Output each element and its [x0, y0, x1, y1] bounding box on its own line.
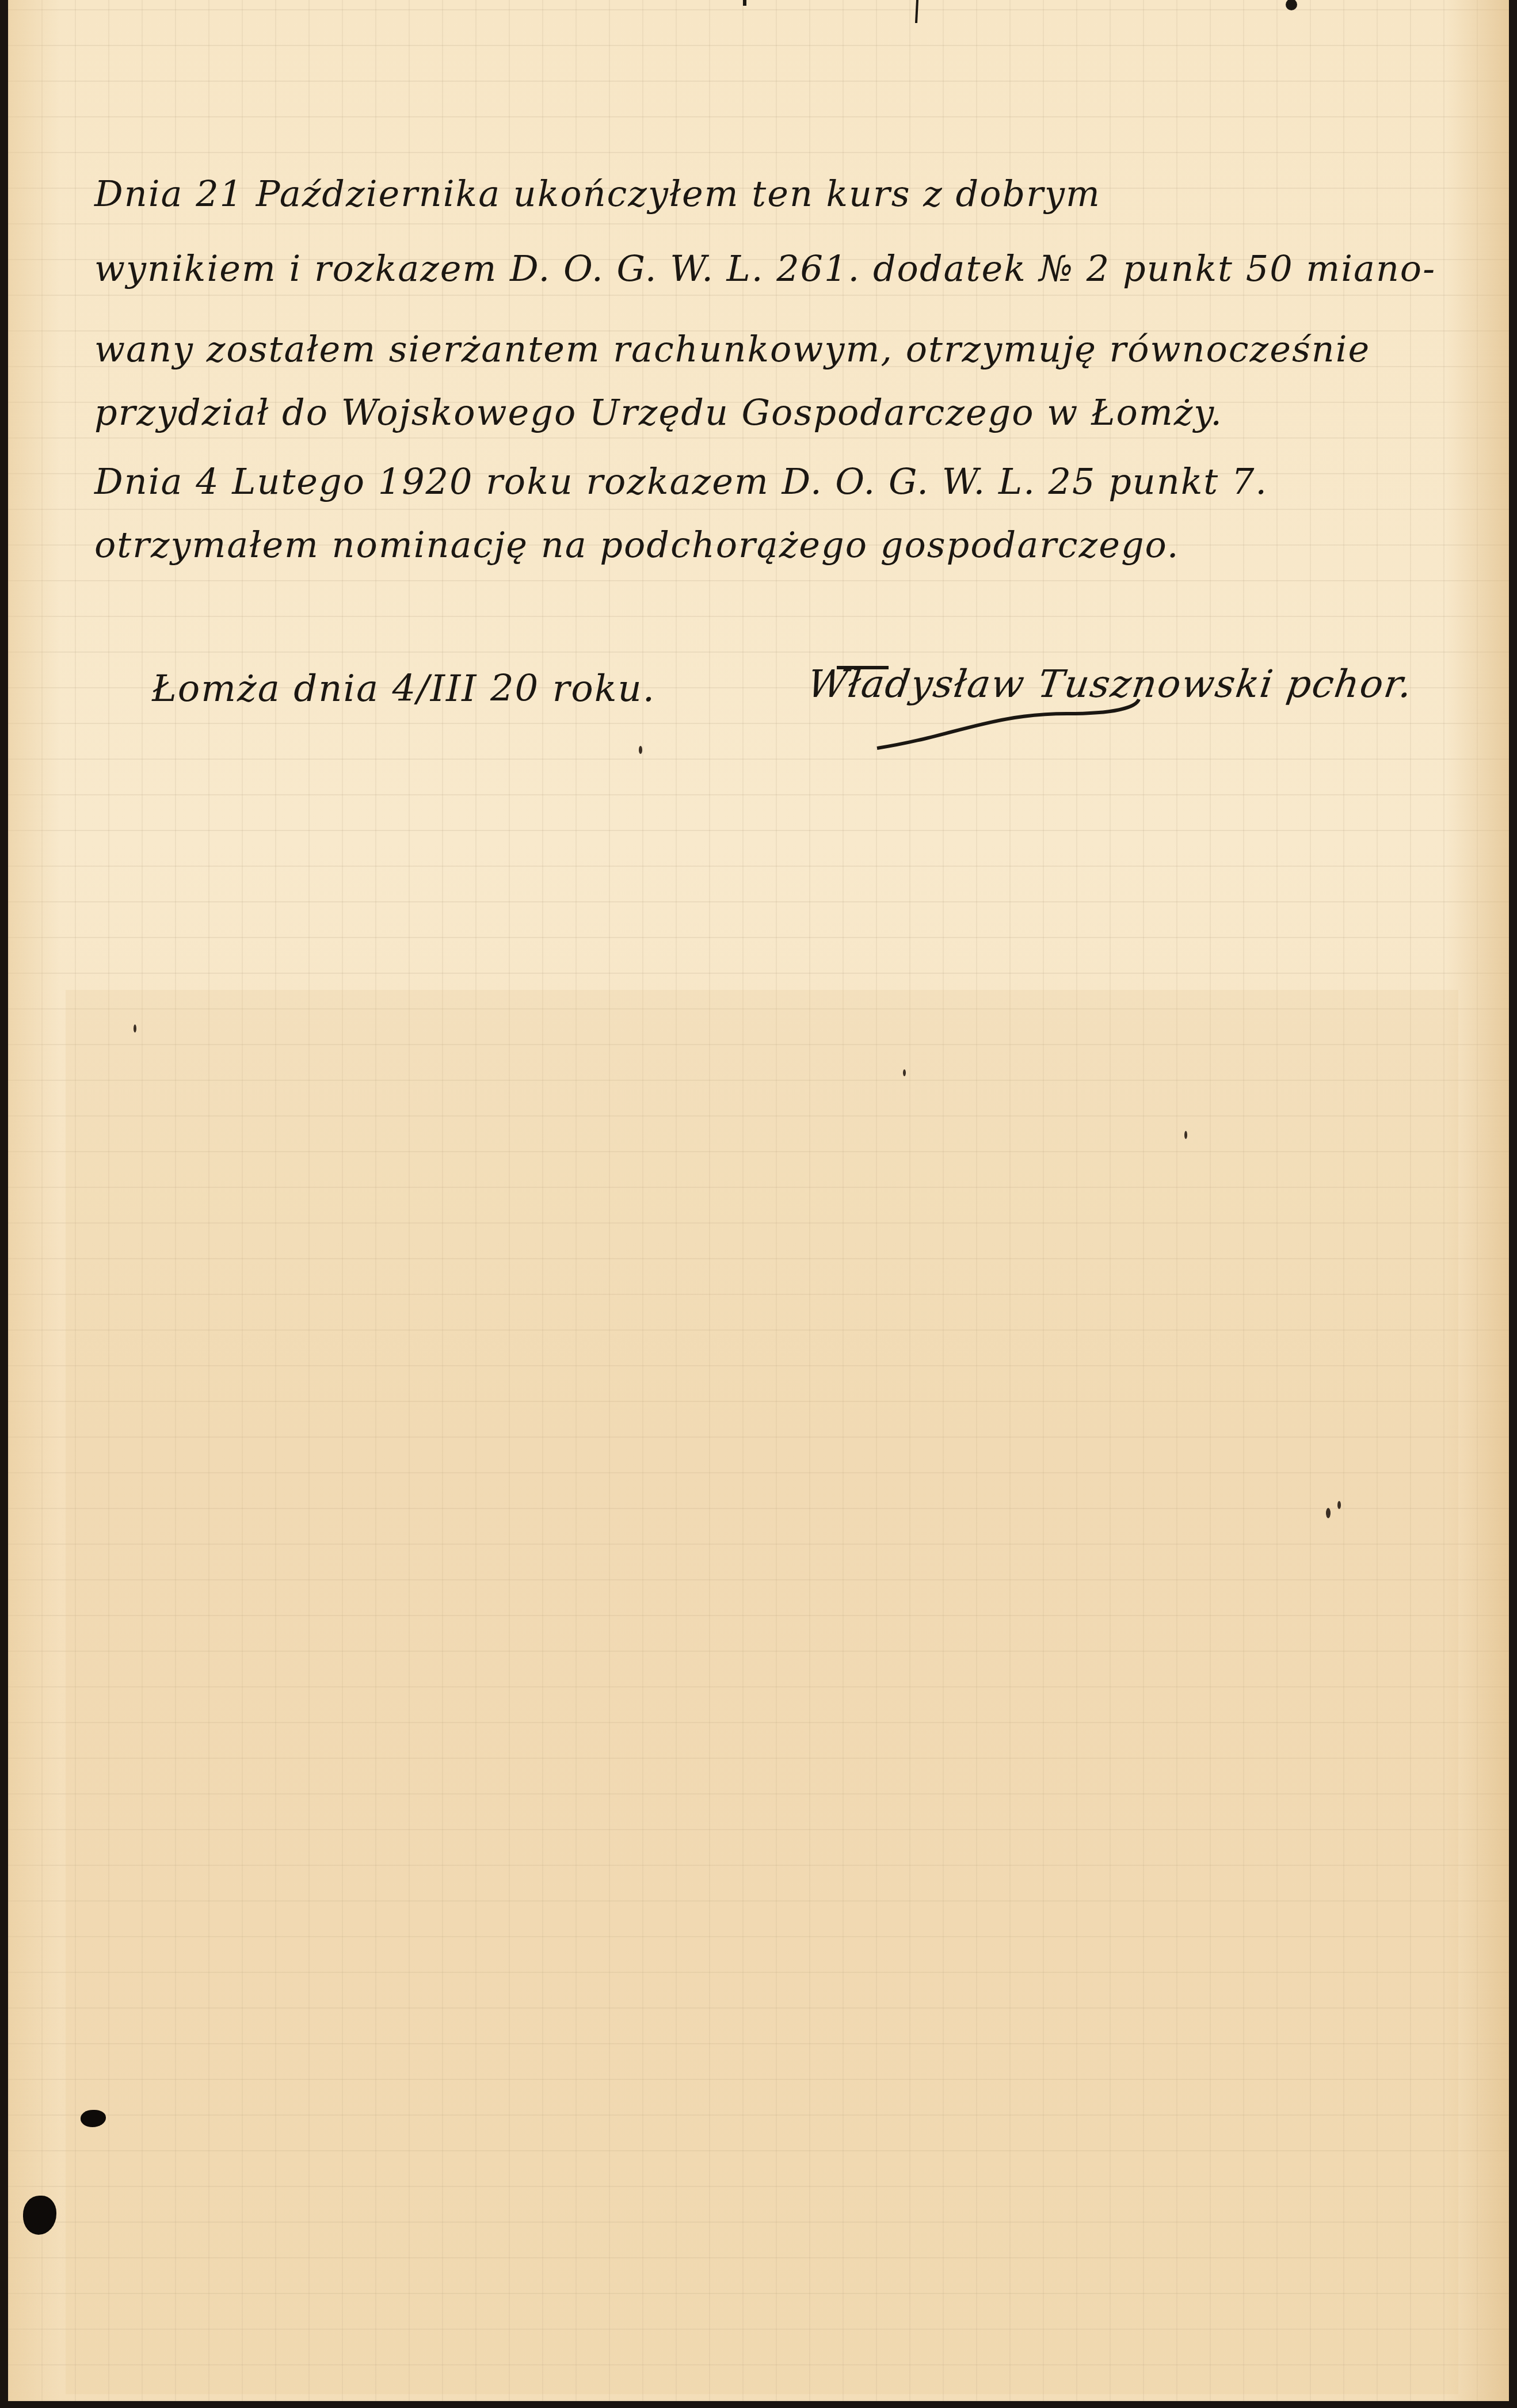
document-page: Dnia 21 Października ukończyłem ten kurs… — [8, 0, 1509, 2401]
paper-specks — [8, 0, 1509, 2401]
top-edge-marks — [8, 0, 1509, 23]
